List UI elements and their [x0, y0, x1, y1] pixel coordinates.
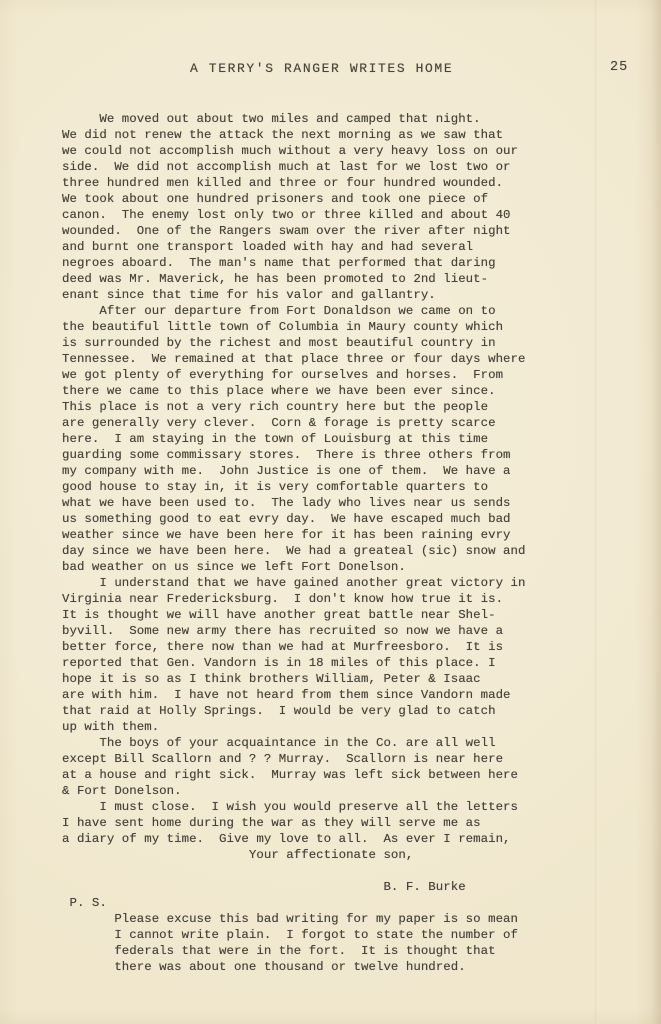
- scanned-letter-page: A TERRY'S RANGER WRITES HOME 25 We moved…: [0, 0, 661, 1024]
- page-crease: [594, 0, 597, 1024]
- letter-body-text: We moved out about two miles and camped …: [62, 111, 526, 975]
- page-title: A TERRY'S RANGER WRITES HOME: [190, 61, 453, 77]
- page-number: 25: [610, 60, 628, 76]
